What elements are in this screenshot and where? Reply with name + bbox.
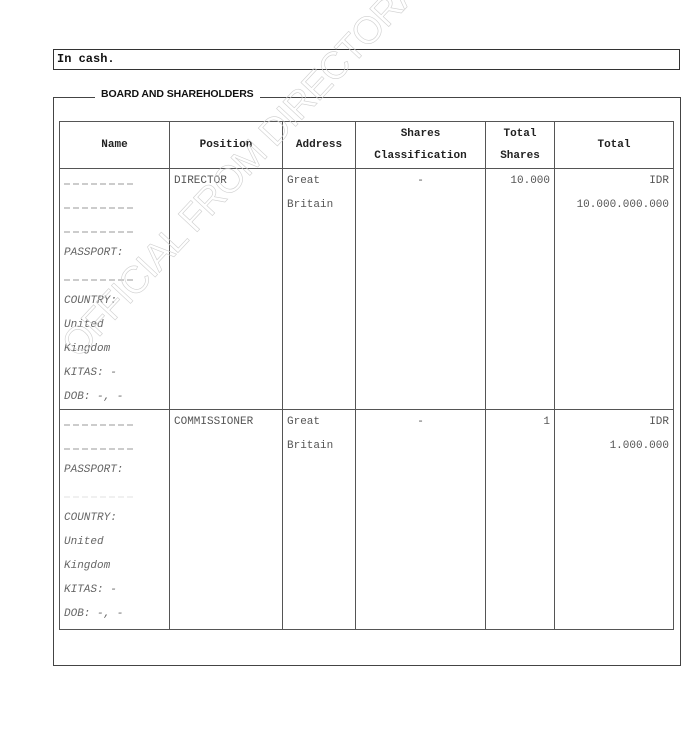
shares-classification-cell: - — [356, 410, 486, 630]
dob: DOB: -, - — [64, 602, 165, 626]
total-cell: IDR 10.000.000.000 — [555, 169, 674, 410]
table-row: PASSPORT: COUNTRY: United Kingdom KITAS:… — [60, 169, 674, 410]
board-and-shareholders-section: BOARD AND SHAREHOLDERS Name Position Add… — [53, 97, 681, 666]
address-cell: Great Britain — [283, 169, 356, 410]
column-header-address: Address — [283, 122, 356, 169]
country-line-2: Kingdom — [64, 337, 165, 361]
country-label: COUNTRY: — [64, 289, 165, 313]
total-cell: IDR 1.000.000 — [555, 410, 674, 630]
redacted-name-line — [64, 169, 165, 193]
total-currency: IDR — [559, 169, 669, 193]
total-amount: 1.000.000 — [559, 434, 669, 458]
column-header-total: Total — [555, 122, 674, 169]
redacted-passport-number — [64, 482, 165, 506]
payment-note-text: In cash. — [57, 52, 115, 66]
kitas: KITAS: - — [64, 578, 165, 602]
address-line-2: Britain — [287, 193, 351, 217]
passport-label: PASSPORT: — [64, 458, 165, 482]
total-shares-cell: 1 — [486, 410, 555, 630]
passport-label: PASSPORT: — [64, 241, 165, 265]
redacted-name-line — [64, 217, 165, 241]
shareholders-table: Name Position Address Shares Classificat… — [59, 121, 674, 630]
column-header-total-shares: Total Shares — [486, 122, 555, 169]
country-line-2: Kingdom — [64, 554, 165, 578]
column-header-name: Name — [60, 122, 170, 169]
table-row: PASSPORT: COUNTRY: United Kingdom KITAS:… — [60, 410, 674, 630]
total-shares-cell: 10.000 — [486, 169, 555, 410]
position-cell: COMMISSIONER — [170, 410, 283, 630]
column-header-position: Position — [170, 122, 283, 169]
shareholder-name-cell: PASSPORT: COUNTRY: United Kingdom KITAS:… — [60, 410, 170, 630]
country-label: COUNTRY: — [64, 506, 165, 530]
total-currency: IDR — [559, 410, 669, 434]
section-title: BOARD AND SHAREHOLDERS — [95, 88, 260, 100]
shares-classification-cell: - — [356, 169, 486, 410]
address-cell: Great Britain — [283, 410, 356, 630]
shareholder-name-cell: PASSPORT: COUNTRY: United Kingdom KITAS:… — [60, 169, 170, 410]
redacted-name-line — [64, 410, 165, 434]
position-cell: DIRECTOR — [170, 169, 283, 410]
redacted-passport-number — [64, 265, 165, 289]
address-line-1: Great — [287, 410, 351, 434]
table-header-row: Name Position Address Shares Classificat… — [60, 122, 674, 169]
kitas: KITAS: - — [64, 361, 165, 385]
dob: DOB: -, - — [64, 385, 165, 409]
redacted-name-line — [64, 434, 165, 458]
redacted-name-line — [64, 193, 165, 217]
payment-note-box: In cash. — [53, 49, 680, 70]
address-line-2: Britain — [287, 434, 351, 458]
address-line-1: Great — [287, 169, 351, 193]
total-amount: 10.000.000.000 — [559, 193, 669, 217]
country-line-1: United — [64, 530, 165, 554]
column-header-shares-classification: Shares Classification — [356, 122, 486, 169]
country-line-1: United — [64, 313, 165, 337]
